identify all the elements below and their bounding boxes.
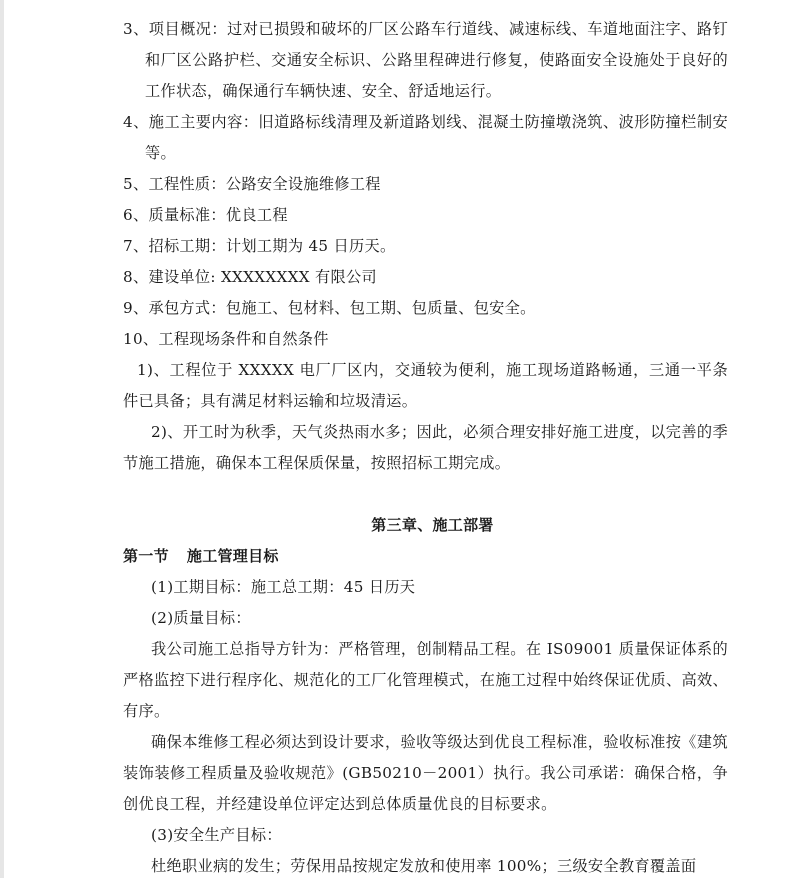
blank-line xyxy=(123,479,728,510)
document-body: 3、项目概况：过对已损毁和破坏的厂区公路车行道线、减速标线、车道地面注字、路钉和… xyxy=(123,14,728,878)
item-number: 7、 xyxy=(123,237,148,255)
condition-2: 2)、开工时为秋季，天气炎热雨水多；因此，必须合理安排好施工进度，以完善的季节施… xyxy=(123,417,728,479)
quality-goal-heading: (2)质量目标： xyxy=(123,603,728,634)
item-number: 10、 xyxy=(123,330,158,348)
condition-1: 1)、工程位于 XXXXX 电厂厂区内，交通较为便利，施工现场道路畅通，三通一平… xyxy=(123,355,728,417)
chapter-title: 第三章、施工部署 xyxy=(123,510,728,541)
item-text: 工程性质：公路安全设施维修工程 xyxy=(148,175,380,193)
item-8: 8、建设单位: XXXXXXXX 有限公司 xyxy=(123,262,728,293)
item-text: 施工主要内容：旧道路标线清理及新道路划线、混凝土防撞墩浇筑、波形防撞栏制安等。 xyxy=(145,113,728,162)
item-number: 4、 xyxy=(123,113,149,131)
item-text: 招标工期：计划工期为 45 日历天。 xyxy=(148,237,395,255)
quality-goal-paragraph-2: 确保本维修工程必须达到设计要求，验收等级达到优良工程标准，验收标准按《建筑装饰装… xyxy=(123,727,728,820)
item-6: 6、质量标准：优良工程 xyxy=(123,200,728,231)
item-text: 工程现场条件和自然条件 xyxy=(158,330,328,348)
safety-goal-paragraph-1: 杜绝职业病的发生；劳保用品按规定发放和使用率 100%；三级安全教育覆盖面 xyxy=(123,851,728,878)
item-5: 5、工程性质：公路安全设施维修工程 xyxy=(123,169,728,200)
item-10: 10、工程现场条件和自然条件 xyxy=(123,324,728,355)
section-title: 施工管理目标 xyxy=(187,547,279,565)
item-text: 质量标准：优良工程 xyxy=(148,206,287,224)
document-page: 3、项目概况：过对已损毁和破坏的厂区公路车行道线、减速标线、车道地面注字、路钉和… xyxy=(4,0,796,878)
safety-goal-heading: (3)安全生产目标： xyxy=(123,820,728,851)
item-number: 5、 xyxy=(123,175,148,193)
item-number: 8、 xyxy=(123,268,148,286)
item-text: 承包方式：包施工、包材料、包工期、包质量、包安全。 xyxy=(148,299,535,317)
item-4: 4、施工主要内容：旧道路标线清理及新道路划线、混凝土防撞墩浇筑、波形防撞栏制安等… xyxy=(123,107,728,169)
item-9: 9、承包方式：包施工、包材料、包工期、包质量、包安全。 xyxy=(123,293,728,324)
item-number: 3、 xyxy=(123,20,149,38)
section-label: 第一节 xyxy=(123,547,169,565)
item-text: 项目概况：过对已损毁和破坏的厂区公路车行道线、减速标线、车道地面注字、路钉和厂区… xyxy=(145,20,728,100)
item-3: 3、项目概况：过对已损毁和破坏的厂区公路车行道线、减速标线、车道地面注字、路钉和… xyxy=(123,14,728,107)
schedule-goal: (1)工期目标：施工总工期：45 日历天 xyxy=(123,572,728,603)
item-number: 9、 xyxy=(123,299,148,317)
section-heading: 第一节施工管理目标 xyxy=(123,541,728,572)
item-text: 建设单位: XXXXXXXX 有限公司 xyxy=(148,268,376,286)
item-7: 7、招标工期：计划工期为 45 日历天。 xyxy=(123,231,728,262)
quality-goal-paragraph-1: 我公司施工总指导方针为：严格管理，创制精品工程。在 IS09001 质量保证体系… xyxy=(123,634,728,727)
item-number: 6、 xyxy=(123,206,148,224)
